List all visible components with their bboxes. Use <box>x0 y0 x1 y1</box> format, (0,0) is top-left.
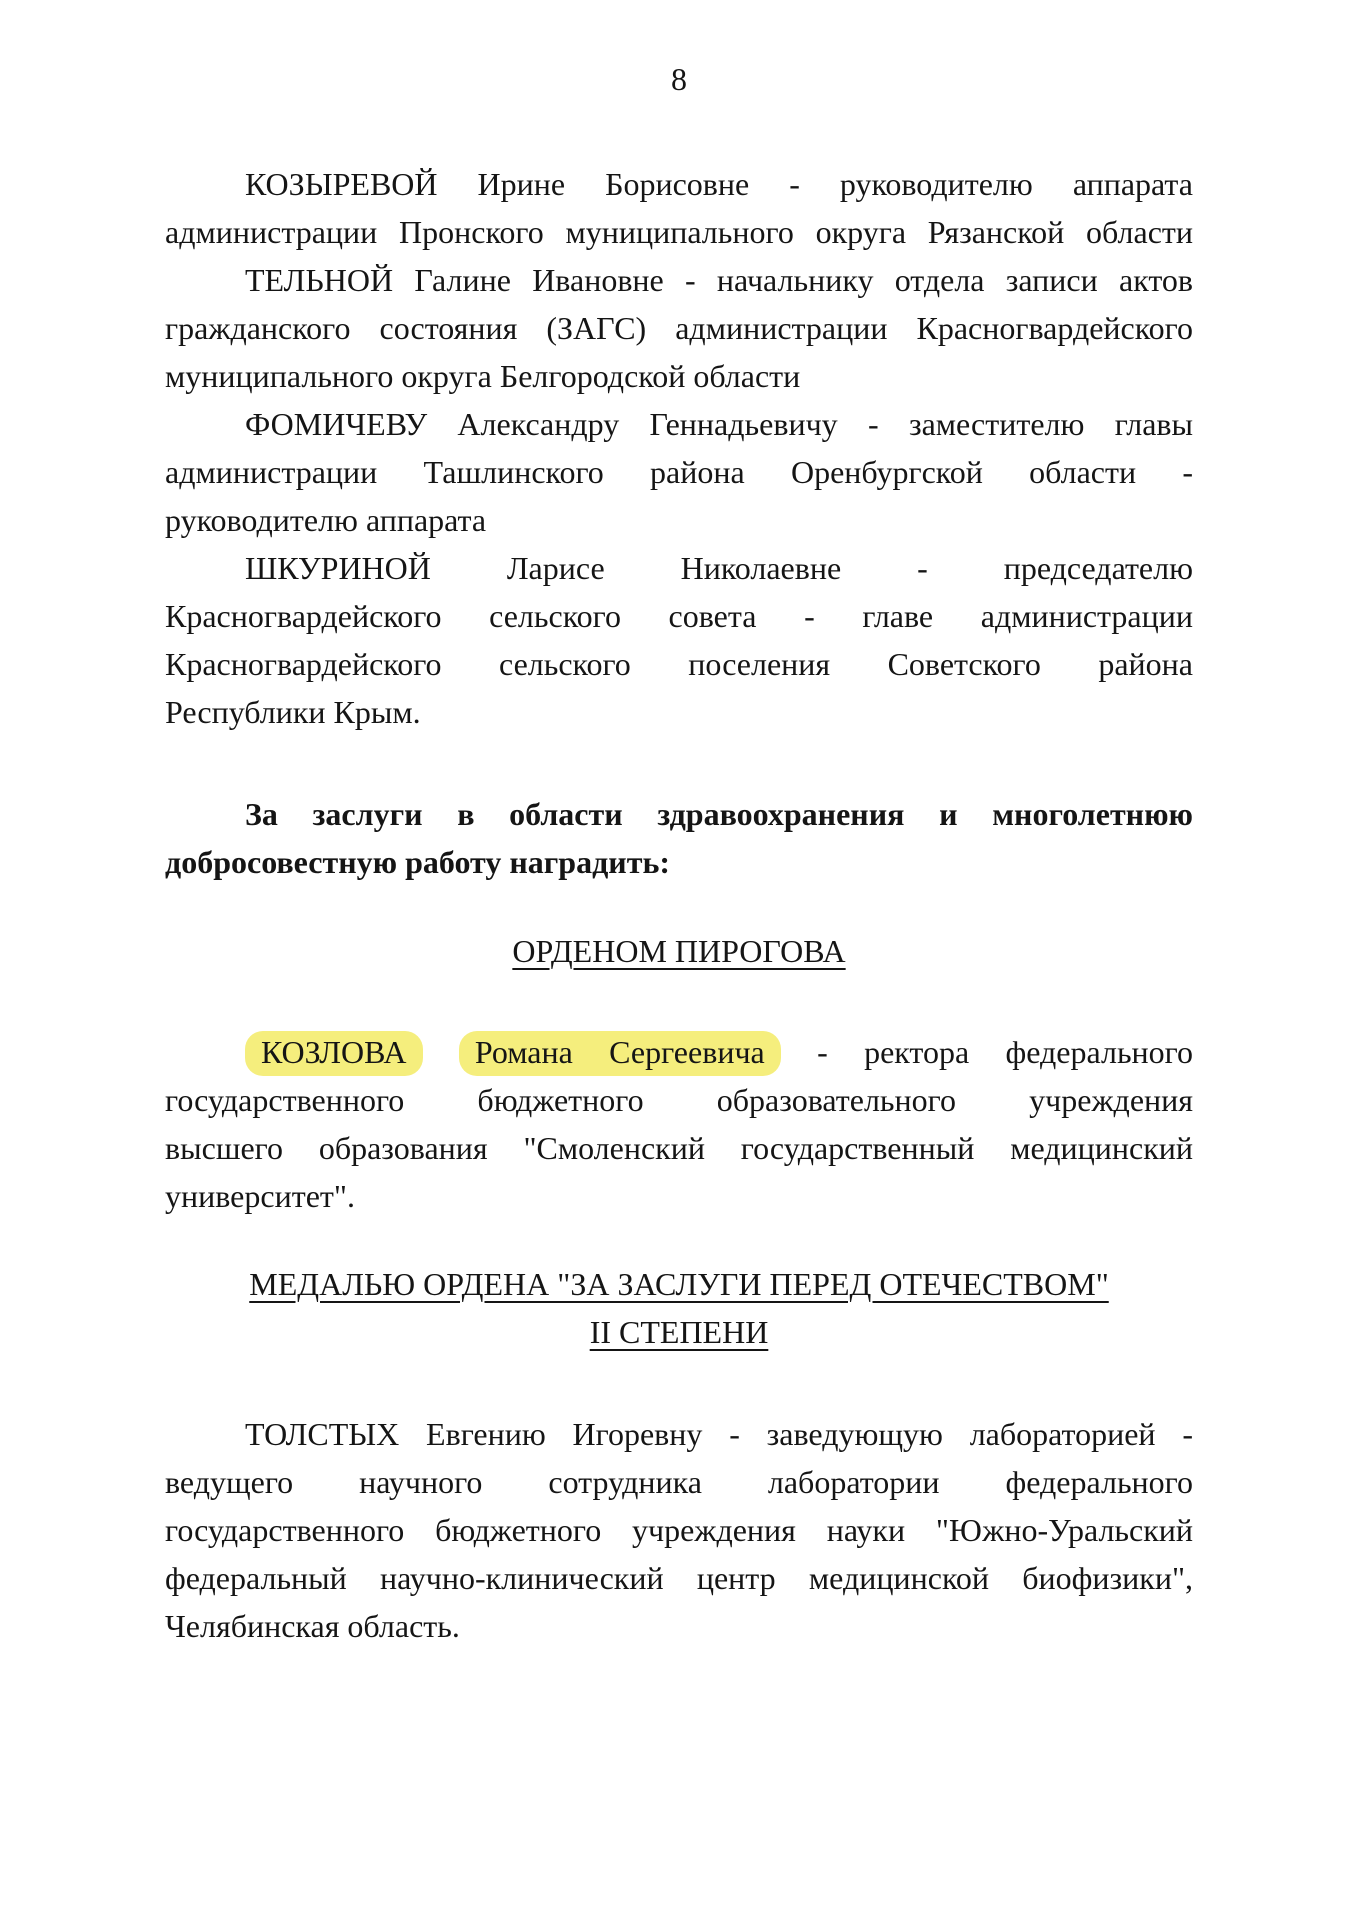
text-line: государственного бюджетного образователь… <box>165 1076 1193 1124</box>
text-line: администрации Ташлинского района Оренбур… <box>165 448 1193 496</box>
text-line: МЕДАЛЬЮ ОРДЕНА "ЗА ЗАСЛУГИ ПЕРЕД ОТЕЧЕСТ… <box>165 1260 1193 1308</box>
text-line: Челябинская область. <box>165 1602 1193 1650</box>
paragraph: КОЗЛОВА Романа Сергеевича - ректора феде… <box>165 1028 1193 1220</box>
document-page: 8 КОЗЫРЕВОЙ Ирине Борисовне - руководите… <box>0 0 1357 1920</box>
text-line: руководителю аппарата <box>165 496 1193 544</box>
text-line: КОЗЛОВА Романа Сергеевича - ректора феде… <box>165 1028 1193 1076</box>
document-blocks: КОЗЫРЕВОЙ Ирине Борисовне - руководителю… <box>165 160 1193 1650</box>
text-line: гражданского состояния (ЗАГС) администра… <box>165 304 1193 352</box>
text-line: КОЗЫРЕВОЙ Ирине Борисовне - руководителю… <box>165 160 1193 208</box>
text-line: ОРДЕНОМ ПИРОГОВА <box>165 927 1193 975</box>
section-heading: ОРДЕНОМ ПИРОГОВА <box>165 927 1193 975</box>
paragraph: ТОЛСТЫХ Евгению Игоревну - заведующую ла… <box>165 1410 1193 1650</box>
text-line: Республики Крым. <box>165 688 1193 736</box>
highlight-marker: Романа Сергеевича <box>459 1031 781 1076</box>
section-heading: МЕДАЛЬЮ ОРДЕНА "ЗА ЗАСЛУГИ ПЕРЕД ОТЕЧЕСТ… <box>165 1260 1193 1356</box>
text-line: За заслуги в области здравоохранения и м… <box>165 790 1193 838</box>
text-line: добросовестную работу наградить: <box>165 838 1193 886</box>
paragraph: ТЕЛЬНОЙ Галине Ивановне - начальнику отд… <box>165 256 1193 400</box>
text-line: университет". <box>165 1172 1193 1220</box>
text-line: ТОЛСТЫХ Евгению Игоревну - заведующую ла… <box>165 1410 1193 1458</box>
text-line: ТЕЛЬНОЙ Галине Ивановне - начальнику отд… <box>165 256 1193 304</box>
text-line: ФОМИЧЕВУ Александру Геннадьевичу - замес… <box>165 400 1193 448</box>
paragraph: ФОМИЧЕВУ Александру Геннадьевичу - замес… <box>165 400 1193 544</box>
text-line: Красногвардейского сельского совета - гл… <box>165 592 1193 640</box>
text-line: II СТЕПЕНИ <box>165 1308 1193 1356</box>
paragraph: ШКУРИНОЙ Ларисе Николаевне - председател… <box>165 544 1193 736</box>
paragraph: За заслуги в области здравоохранения и м… <box>165 790 1193 886</box>
text-line: муниципального округа Белгородской облас… <box>165 352 1193 400</box>
text-line: федеральный научно-клинический центр мед… <box>165 1554 1193 1602</box>
text-line: ШКУРИНОЙ Ларисе Николаевне - председател… <box>165 544 1193 592</box>
highlight-marker: КОЗЛОВА <box>245 1031 423 1076</box>
text-line: государственного бюджетного учреждения н… <box>165 1506 1193 1554</box>
text-line: ведущего научного сотрудника лаборатории… <box>165 1458 1193 1506</box>
page-number: 8 <box>165 55 1193 103</box>
text-line: администрации Пронского муниципального о… <box>165 208 1193 256</box>
text-line: Красногвардейского сельского поселения С… <box>165 640 1193 688</box>
text-line: высшего образования "Смоленский государс… <box>165 1124 1193 1172</box>
paragraph: КОЗЫРЕВОЙ Ирине Борисовне - руководителю… <box>165 160 1193 256</box>
